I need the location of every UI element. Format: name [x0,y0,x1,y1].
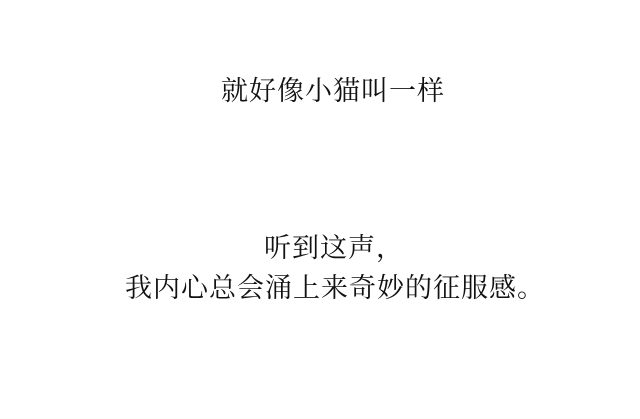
caption-line-2: 听到这声， [14,233,640,265]
caption-line-1: 就好像小猫叫一样 [13,76,640,108]
caption-line-3: 我内心总会涌上来奇妙的征服感。 [15,273,640,305]
